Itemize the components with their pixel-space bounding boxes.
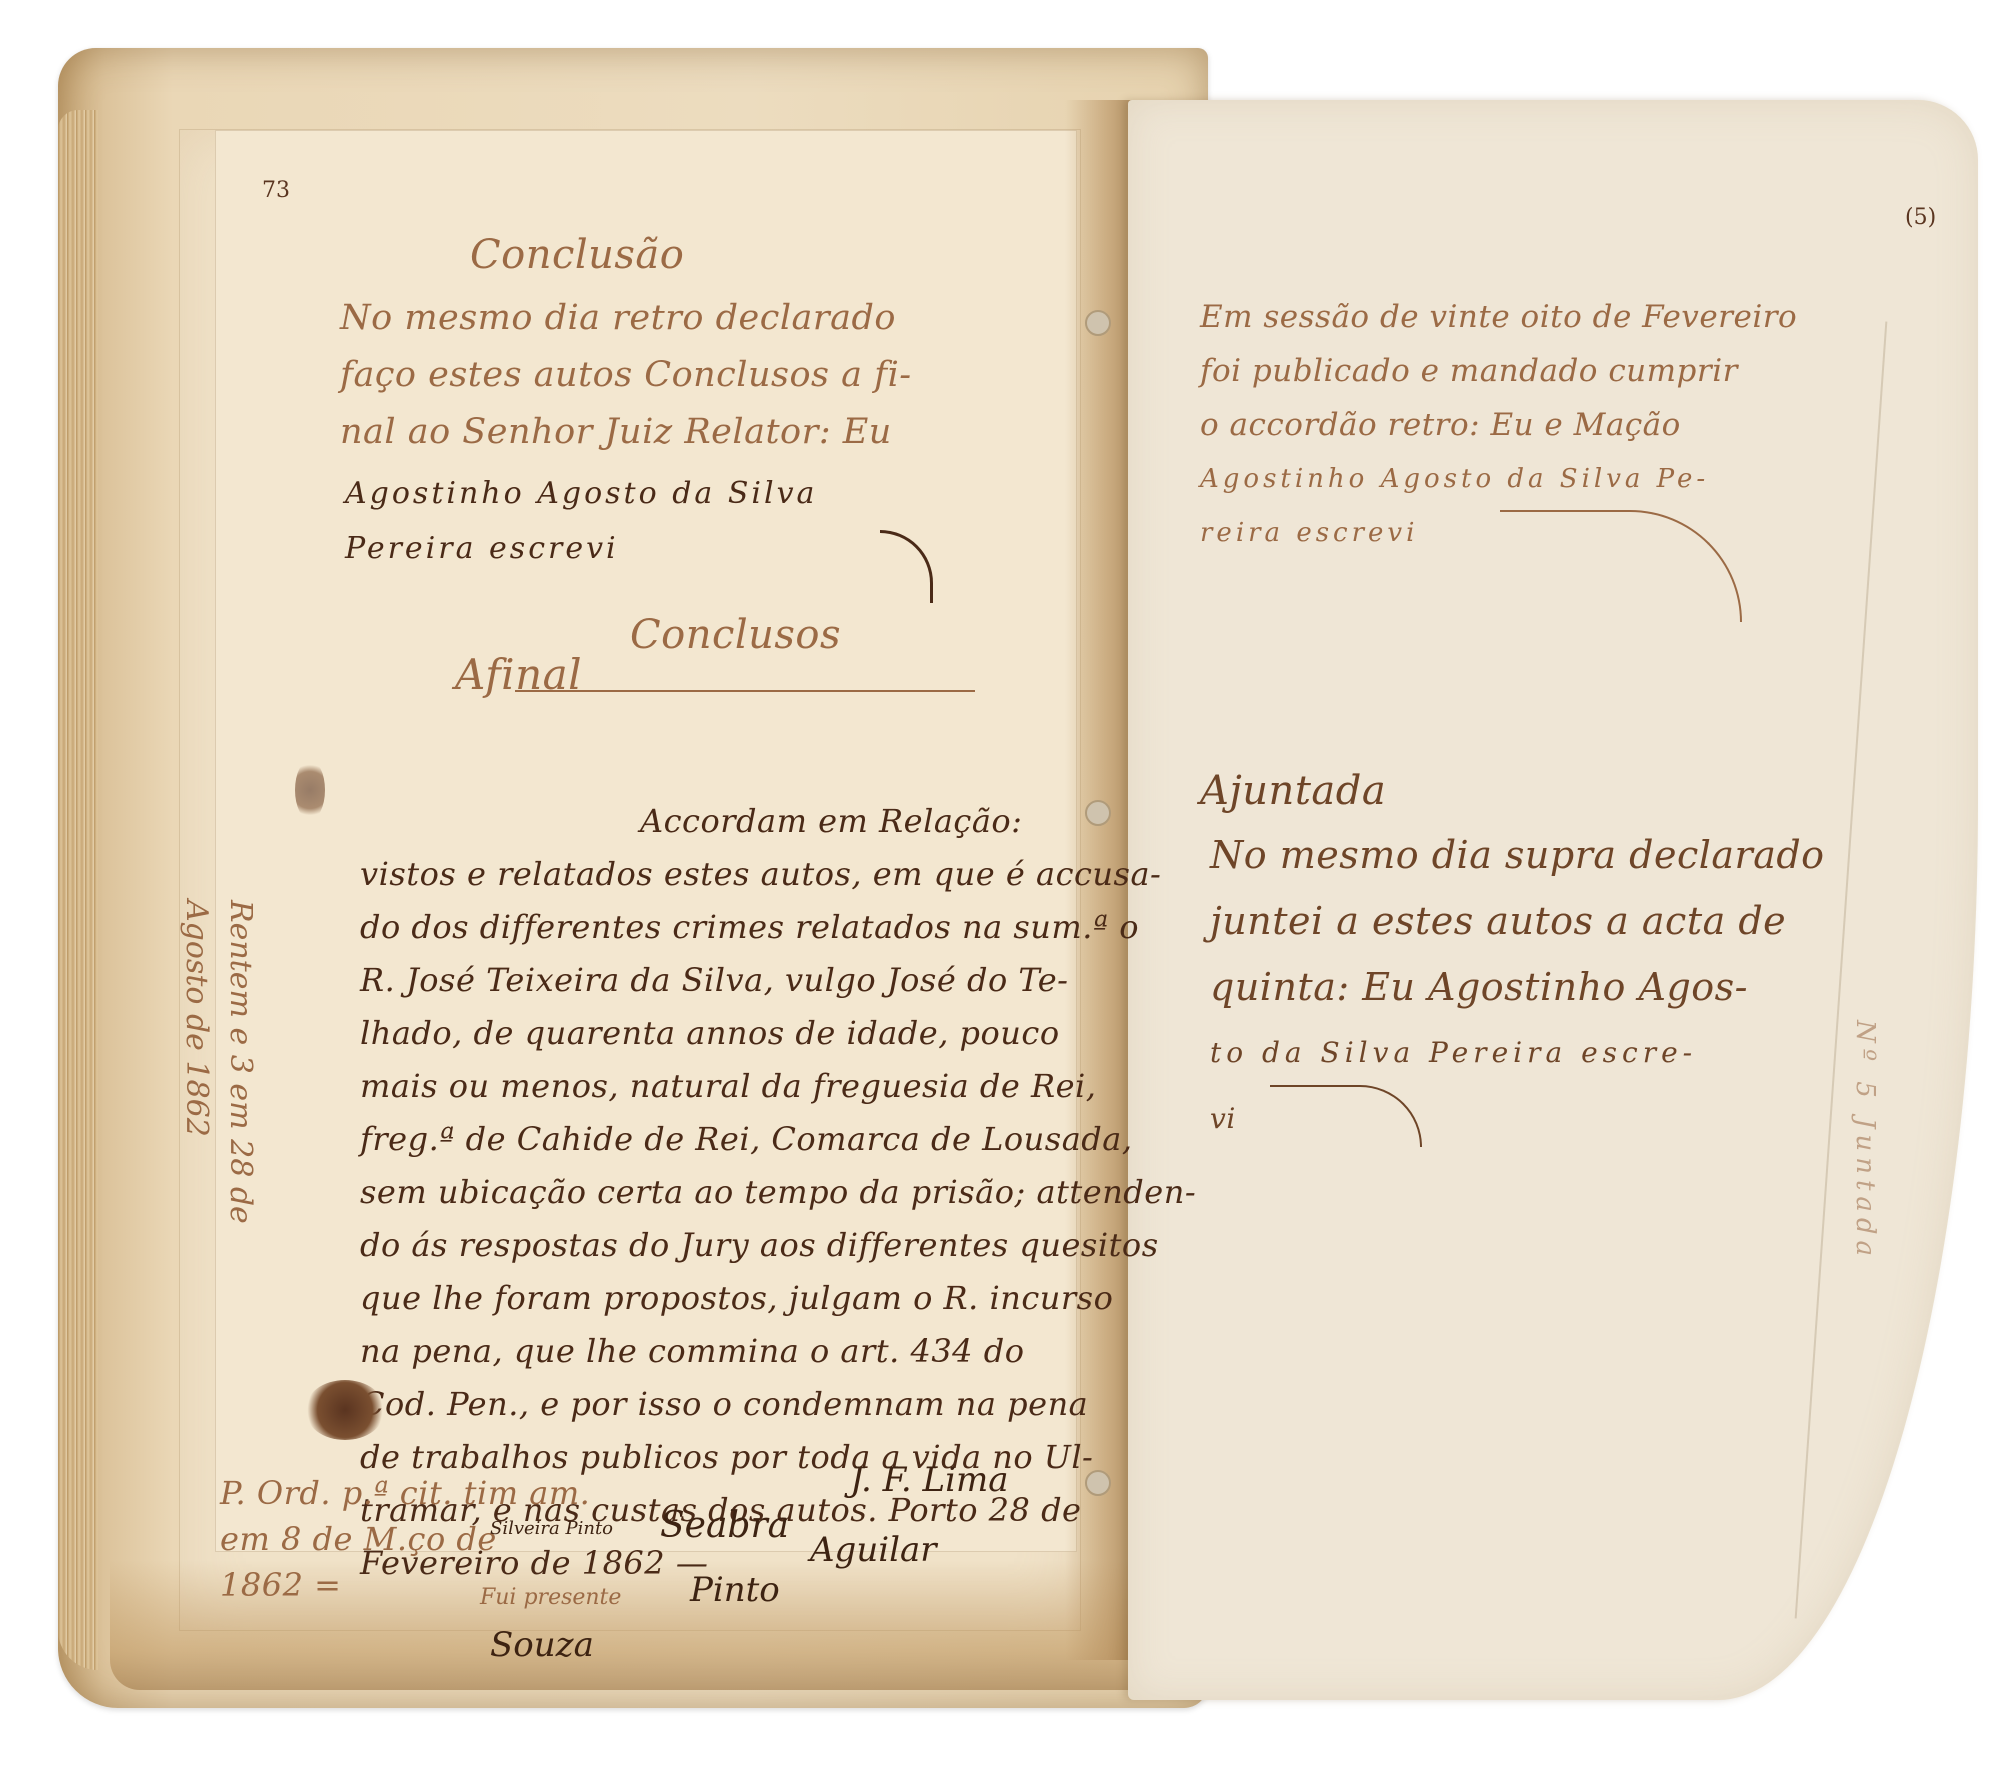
text-line: P. Ord. p.ª cit. tim am. — [220, 1470, 590, 1516]
text-line: Cod. Pen., e por isso o condemnam na pen… — [360, 1378, 1196, 1431]
faded-margin-note: Nº 5 Juntada — [1850, 1020, 1880, 1262]
binding-stitch — [1085, 310, 1111, 336]
signature-lima: J. F. Lima — [850, 1460, 1008, 1500]
text-line: do ás respostas do Jury aos differentes … — [360, 1219, 1196, 1272]
signature-souza: Souza — [490, 1625, 594, 1665]
binding-stitch — [1085, 800, 1111, 826]
text-line: que lhe foram propostos, julgam o R. inc… — [360, 1272, 1196, 1325]
conclusao-text: No mesmo dia retro declarado faço estes … — [340, 290, 912, 461]
signature-silveira-pinto: Silveira Pinto — [490, 1518, 613, 1539]
text-line: No mesmo dia supra declarado — [1210, 822, 1825, 888]
text-line: vistos e relatados estes autos, em que é… — [360, 848, 1196, 901]
folio-mark-right: (5) — [1905, 205, 1936, 230]
text-line: R. José Teixeira da Silva, vulgo José do… — [360, 954, 1196, 1007]
clerk-signature-line: Pereira escrevi — [345, 520, 619, 577]
text-line: Em sessão de vinte oito de Fevereiro — [1200, 290, 1797, 344]
text-line: sem ubicação certa ao tempo da prisão; a… — [360, 1166, 1196, 1219]
text-line: do dos differentes crimes relatados na s… — [360, 901, 1196, 954]
text-line: to da Silva Pereira escre- — [1210, 1020, 1825, 1086]
text-line: na pena, que lhe commina o art. 434 do — [360, 1325, 1196, 1378]
margin-note-vertical: Rentem e 3 em 28 de Agosto de 1862 — [174, 900, 262, 1224]
text-line: Agostinho Agosto da Silva Pe- — [1200, 452, 1797, 506]
attestation-fui-presente: Fui presente — [480, 1585, 621, 1610]
text-line: o accordão retro: Eu e Mação — [1200, 398, 1797, 452]
folio-mark-left: 73 — [262, 178, 290, 203]
ink-blot — [305, 1380, 385, 1440]
conclusao-heading: Conclusão — [470, 232, 684, 278]
text-line: juntei a estes autos a acta de — [1210, 888, 1825, 954]
accordam-heading: Accordam em Relação: — [640, 795, 1022, 848]
signature-pinto: Pinto — [690, 1570, 780, 1610]
text-line: foi publicado e mandado cumprir — [1200, 344, 1797, 398]
text-line: freg.ª de Cahide de Rei, Comarca de Lous… — [360, 1113, 1196, 1166]
text-line: No mesmo dia retro declarado — [340, 290, 912, 347]
text-line: nal ao Senhor Juiz Relator: Eu — [340, 404, 912, 461]
ruling-line — [515, 690, 975, 692]
text-line: quinta: Eu Agostinho Agos- — [1210, 954, 1825, 1020]
publicacao-text: Em sessão de vinte oito de Fevereiro foi… — [1200, 290, 1797, 560]
clerk-signature-line: Agostinho Agosto da Silva — [345, 465, 817, 522]
text-line: mais ou menos, natural da freguesia de R… — [360, 1060, 1196, 1113]
ink-blot — [295, 760, 325, 820]
text-line: Agosto de 1862 — [174, 900, 218, 1224]
page-edges — [58, 110, 98, 1670]
text-line: faço estes autos Conclusos a fi- — [340, 347, 912, 404]
juntada-heading: Ajuntada — [1200, 768, 1386, 814]
signature-aguilar: Aguilar — [810, 1530, 937, 1570]
text-line: lhado, de quarenta annos de idade, pouco — [360, 1007, 1196, 1060]
signature-seabra: Seabra — [660, 1505, 789, 1546]
text-line: Rentem e 3 em 28 de — [218, 900, 262, 1224]
conclusos-heading: Conclusos — [630, 612, 841, 658]
